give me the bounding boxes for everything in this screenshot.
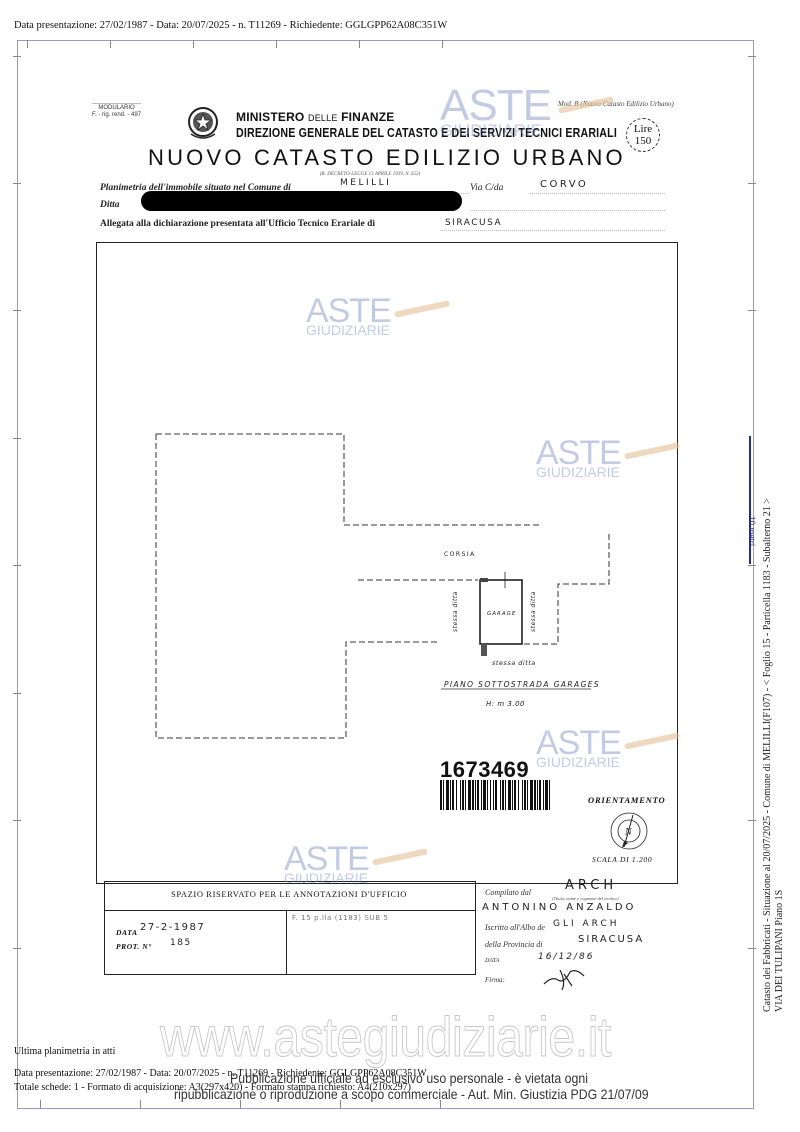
side-cadastral-info: Catasto dei Fabbricati - Situazione al 2…	[762, 498, 786, 1012]
compiler-title-hint: (Titolo, nome e cognome del tecnico)	[552, 896, 619, 901]
protocol-label: PROT. N°	[116, 942, 152, 951]
frame-tick	[13, 820, 21, 821]
frame-tick	[13, 565, 21, 566]
via-value: CORVO	[540, 179, 588, 190]
direzione-generale: DIREZIONE GENERALE DEL CATASTO E DEI SER…	[236, 125, 617, 140]
frame-tick	[13, 310, 21, 311]
compiler-title-value: ARCH	[565, 878, 617, 893]
scale-label: SCALA DI 1.200	[592, 855, 652, 864]
decreto-label: (R. DECRETO-LEGGE 13 APRILE 1939, N. 652…	[320, 172, 420, 177]
frame-tick	[40, 1100, 41, 1108]
ufficio-line	[440, 230, 665, 231]
garage-label: GARAGE	[487, 611, 516, 617]
redacted-owner	[141, 191, 462, 211]
publication-notice-line1: Pubblicazione ufficiale ad esclusivo uso…	[230, 1070, 588, 1086]
ministry-word: MINISTERO	[236, 110, 304, 124]
barcode	[440, 780, 552, 810]
via-line	[530, 193, 665, 194]
floor-label: PIANO SOTTOSTRADA GARAGES	[444, 680, 600, 689]
frame-tick	[13, 948, 21, 949]
compiler-date-value: 16/12/86	[538, 952, 594, 962]
frame-tick	[13, 438, 21, 439]
office-annotations-title: SPAZIO RISERVATO PER LE ANNOTAZIONI D'UF…	[104, 889, 474, 899]
office-date-label: DATA	[116, 928, 138, 937]
compiler-date-label: DATA	[485, 958, 499, 964]
modulario-line1: MODULARIO	[92, 105, 141, 112]
iscritto-label: Iscritto all'Albo de	[485, 923, 545, 932]
provincia-value: SIRACUSA	[578, 934, 644, 945]
publication-notice-line2: ripubblicazione o riproduzione a scopo c…	[174, 1086, 649, 1102]
side-line2: VIA DEI TULIPANI Piano 1S	[774, 498, 786, 1012]
frame-tick	[276, 40, 277, 48]
watermark-logo: ASTE GIUDIZIARIE	[536, 728, 621, 768]
signature	[540, 962, 590, 992]
watermark-brand-bottom: GIUDIZIARIE	[536, 756, 621, 769]
ufficio-value: SIRACUSA	[445, 218, 502, 228]
ministry-name: MINISTERO DELLE FINANZE	[236, 110, 395, 124]
height-label: H: m 3.00	[486, 700, 525, 708]
scale-bar-label: 10 metri	[747, 516, 757, 546]
watermark-brand-bottom: GIUDIZIARIE	[536, 466, 621, 479]
adjacent-left-label: stessa ditta	[452, 591, 459, 632]
ultima-planimetria: Ultima planimetria in atti	[14, 1046, 115, 1057]
corsia-label: CORSIA	[444, 551, 476, 558]
watermark-brand-top: ASTE	[440, 86, 551, 126]
side-line1: Catasto dei Fabbricati - Situazione al 2…	[762, 498, 774, 1012]
frame-tick	[13, 693, 21, 694]
frame-tick	[748, 565, 756, 566]
ditta-label: Ditta	[100, 200, 120, 210]
office-divider	[104, 910, 476, 911]
watermark-logo: ASTE GIUDIZIARIE	[284, 844, 369, 884]
frame-tick	[748, 56, 756, 57]
ditta-line	[470, 210, 665, 211]
protocol-value: 185	[170, 938, 192, 948]
frame-tick	[13, 56, 21, 57]
frame-tick	[748, 820, 756, 821]
modulario-line2: F. - rig. rend. - 497	[92, 112, 141, 119]
watermark-brand-bottom: GIUDIZIARIE	[284, 872, 369, 885]
stamp-line1: Lire	[627, 123, 659, 135]
floor-plan-drawing	[96, 242, 678, 884]
comune-value: MELILLI	[340, 178, 391, 188]
header-metadata: Data presentazione: 27/02/1987 - Data: 2…	[14, 20, 447, 31]
provincia-label: della Provincia di	[485, 940, 542, 949]
ministry-delle: DELLE	[308, 113, 338, 123]
frame-tick	[442, 40, 443, 48]
frame-tick	[748, 183, 756, 184]
frame-tick	[193, 40, 194, 48]
north-letter: N	[624, 827, 633, 838]
orientation-label: ORIENTAMENTO	[588, 795, 665, 805]
watermark-brand-bottom: GIUDIZIARIE	[306, 324, 391, 337]
document-title: NUOVO CATASTO EDILIZIO URBANO	[148, 145, 626, 171]
frame-tick	[748, 310, 756, 311]
via-label: Via C/da	[470, 183, 503, 193]
office-annotation: F. 15 p.lla (1183) SUB 5	[292, 914, 389, 922]
allegata-label: Allegata alla dichiarazione presentata a…	[100, 219, 375, 229]
watermark-brand-bottom: GIUDIZIARIE	[440, 123, 551, 138]
firma-label: Firma:	[485, 976, 505, 984]
revenue-stamp: Lire 150	[626, 118, 660, 152]
italian-emblem-icon	[186, 104, 220, 142]
ministry-finanze: FINANZE	[341, 110, 394, 124]
adjacent-right-label: stessa ditta	[530, 591, 537, 632]
office-date-value: 27-2-1987	[140, 922, 205, 933]
albo-value: GLI ARCH	[553, 919, 620, 929]
compiler-name-value: ANTONINO ANZALDO	[482, 902, 636, 913]
frame-tick	[110, 40, 111, 48]
compilato-label: Compilato dal	[485, 888, 531, 897]
stamp-line2: 150	[627, 135, 659, 147]
frame-tick	[140, 1100, 141, 1108]
frame-tick	[27, 40, 28, 48]
frame-tick	[13, 183, 21, 184]
office-divider	[286, 910, 287, 974]
frame-tick	[748, 948, 756, 949]
watermark-url: www.astegiudiziarie.it	[160, 1004, 611, 1069]
frame-tick	[359, 40, 360, 48]
watermark-logo: ASTE GIUDIZIARIE	[536, 438, 621, 478]
north-arrow-icon: N	[609, 811, 649, 851]
watermark-logo: ASTE GIUDIZIARIE	[440, 86, 551, 138]
watermark-logo: ASTE GIUDIZIARIE	[306, 296, 391, 336]
adjacent-bottom-label: stessa ditta	[492, 659, 536, 667]
modulario-label: MODULARIO F. - rig. rend. - 497	[92, 103, 141, 119]
